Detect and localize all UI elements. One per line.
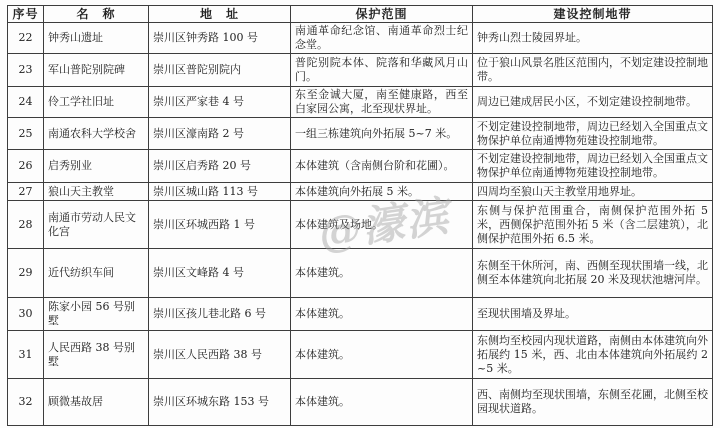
table-row: 22 钟秀山遗址 崇川区钟秀路 100 号 南通革命纪念馆、南通革命烈士纪念堂。… [8, 23, 713, 54]
cell-protection-scope: 本体建筑（含南侧台阶和花圃）。 [291, 150, 473, 183]
cell-name: 陈家小园 56 号别墅 [44, 298, 149, 331]
cell-name: 近代纺织车间 [44, 249, 149, 298]
cell-name: 狼山天主教堂 [44, 183, 149, 201]
table-row: 28 南通市劳动人民文化宫 崇川区环城西路 1 号 本体建筑及场地。 东侧与保护… [8, 201, 713, 249]
cell-number: 31 [8, 331, 44, 379]
table-row: 25 南通农科大学校舍 崇川区濠南路 2 号 一组三栋建筑向外拓展 5~7 米。… [8, 118, 713, 150]
cell-protection-scope: 本体建筑向外拓展 5 米。 [291, 183, 473, 201]
cell-name: 钟秀山遗址 [44, 23, 149, 54]
cell-construction-control: 至现状围墙及界址。 [473, 298, 713, 331]
cell-address: 崇川区孩儿巷北路 6 号 [149, 298, 291, 331]
cell-protection-scope: 本体建筑。 [291, 331, 473, 379]
cell-construction-control: 不划定建设控制地带，周边已经划入全国重点文物保护单位南通博物苑建设控制地带。 [473, 118, 713, 150]
cell-address: 崇川区文峰路 4 号 [149, 249, 291, 298]
cell-address: 崇川区钟秀路 100 号 [149, 23, 291, 54]
cell-address: 崇川区环城西路 1 号 [149, 201, 291, 249]
table-row: 32 顾微基故居 崇川区环城东路 153 号 本体建筑。 西、南侧均至现状围墙，… [8, 379, 713, 426]
cell-number: 28 [8, 201, 44, 249]
cell-protection-scope: 普陀别院本体、院落和华藏风月山门。 [291, 54, 473, 87]
table-row: 24 伶工学社旧址 崇川区严家巷 4 号 东至金诚大厦，南至健康路，西至白家园公… [8, 87, 713, 118]
cell-number: 29 [8, 249, 44, 298]
table-row: 26 启秀别业 崇川区启秀路 20 号 本体建筑（含南侧台阶和花圃）。 不划定建… [8, 150, 713, 183]
cell-name: 人民西路 38 号别墅 [44, 331, 149, 379]
cell-construction-control: 四周均至狼山天主教堂用地界址。 [473, 183, 713, 201]
cell-construction-control: 钟秀山烈士陵园界址。 [473, 23, 713, 54]
cell-number: 30 [8, 298, 44, 331]
header-name: 名 称 [44, 6, 149, 23]
cell-construction-control: 西、南侧均至现状围墙，东侧至花圃，北侧至校园现状道路。 [473, 379, 713, 426]
header-construction-control: 建设控制地带 [473, 6, 713, 23]
cell-protection-scope: 南通革命纪念馆、南通革命烈士纪念堂。 [291, 23, 473, 54]
cell-name: 南通市劳动人民文化宫 [44, 201, 149, 249]
cell-name: 南通农科大学校舍 [44, 118, 149, 150]
cell-construction-control: 东侧与保护范围重合，南侧保护范围外拓 5 米，西侧保护范围外拓 5 米（含二层建… [473, 201, 713, 249]
document-page: 序号 名 称 地 址 保护范围 建设控制地带 22 钟秀山遗址 崇川区钟秀路 1… [0, 0, 720, 428]
cell-protection-scope: 本体建筑。 [291, 379, 473, 426]
cell-construction-control: 周边已建成居民小区，不划定建设控制地带。 [473, 87, 713, 118]
cell-construction-control: 不划定建设控制地带，周边已经划入全国重点文物保护单位南通博物苑建设控制地带。 [473, 150, 713, 183]
cell-name: 顾微基故居 [44, 379, 149, 426]
cell-name: 伶工学社旧址 [44, 87, 149, 118]
cell-protection-scope: 本体建筑。 [291, 249, 473, 298]
cell-address: 崇川区环城东路 153 号 [149, 379, 291, 426]
cell-number: 25 [8, 118, 44, 150]
header-number: 序号 [8, 6, 44, 23]
cell-number: 23 [8, 54, 44, 87]
cell-address: 崇川区普陀别院内 [149, 54, 291, 87]
table-row: 31 人民西路 38 号别墅 崇川区人民西路 38 号 本体建筑。 东侧均至校园… [8, 331, 713, 379]
header-address: 地 址 [149, 6, 291, 23]
cell-name: 启秀别业 [44, 150, 149, 183]
cell-number: 26 [8, 150, 44, 183]
cell-number: 32 [8, 379, 44, 426]
table-header-row: 序号 名 称 地 址 保护范围 建设控制地带 [8, 6, 713, 23]
cell-address: 崇川区严家巷 4 号 [149, 87, 291, 118]
cell-protection-scope: 东至金诚大厦，南至健康路，西至白家园公寓，北至现状界址。 [291, 87, 473, 118]
cell-address: 崇川区启秀路 20 号 [149, 150, 291, 183]
cell-address: 崇川区人民西路 38 号 [149, 331, 291, 379]
table-row: 27 狼山天主教堂 崇川区城山路 113 号 本体建筑向外拓展 5 米。 四周均… [8, 183, 713, 201]
cell-protection-scope: 一组三栋建筑向外拓展 5~7 米。 [291, 118, 473, 150]
cell-protection-scope: 本体建筑。 [291, 298, 473, 331]
cell-construction-control: 位于狼山风景名胜区范围内，不划定建设控制地带。 [473, 54, 713, 87]
table-row: 29 近代纺织车间 崇川区文峰路 4 号 本体建筑。 东侧至干休所河，南、西侧至… [8, 249, 713, 298]
cell-address: 崇川区濠南路 2 号 [149, 118, 291, 150]
cell-name: 军山普陀别院碑 [44, 54, 149, 87]
cell-number: 22 [8, 23, 44, 54]
cell-number: 27 [8, 183, 44, 201]
cell-address: 崇川区城山路 113 号 [149, 183, 291, 201]
cell-construction-control: 东侧至干休所河，南、西侧至现状围墙一线，北侧至本体建筑向北拓展 20 米及现状池… [473, 249, 713, 298]
cell-protection-scope: 本体建筑及场地。 [291, 201, 473, 249]
cell-number: 24 [8, 87, 44, 118]
cell-construction-control: 东侧均至校园内现状道路，南侧由本体建筑向外拓展约 15 米，西、北由本体建筑向外… [473, 331, 713, 379]
table-row: 30 陈家小园 56 号别墅 崇川区孩儿巷北路 6 号 本体建筑。 至现状围墙及… [8, 298, 713, 331]
table-row: 23 军山普陀别院碑 崇川区普陀别院内 普陀别院本体、院落和华藏风月山门。 位于… [8, 54, 713, 87]
heritage-protection-table: 序号 名 称 地 址 保护范围 建设控制地带 22 钟秀山遗址 崇川区钟秀路 1… [7, 5, 713, 426]
header-protection-scope: 保护范围 [291, 6, 473, 23]
